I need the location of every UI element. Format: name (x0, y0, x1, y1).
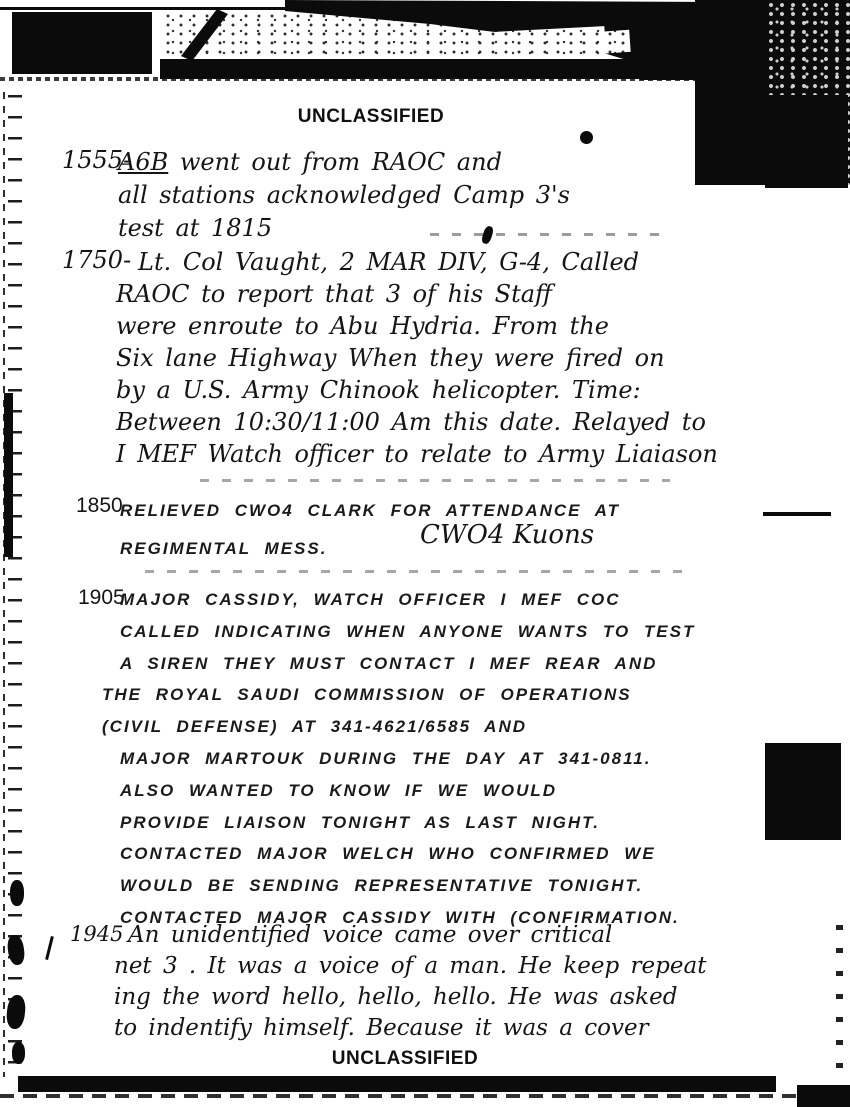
entry-line: (CIVIL DEFENSE) AT 341-4621/6585 AND (102, 711, 695, 743)
entry-line: by a U.S. Army Chinook helicopter. Time: (116, 374, 718, 406)
scan-artifact-right-ticks (836, 925, 843, 1085)
scan-artifact-bottom-bar (18, 1076, 776, 1092)
bleed-through-dashes (200, 479, 670, 482)
entry-line: A SIREN THEY MUST CONTACT I MEF REAR AND (120, 648, 695, 680)
entry-line: ALSO WANTED TO KNOW IF WE WOULD (120, 775, 695, 807)
classification-header-bottom: UNCLASSIFIED (0, 1048, 810, 1070)
bleed-through-dashes (145, 570, 685, 573)
scanned-log-page: UNCLASSIFIED UNCLASSIFIED 1555- A6B went… (0, 0, 850, 1107)
entry-line: test at 1815 (118, 212, 570, 245)
entry-line: MAJOR CASSIDY, WATCH OFFICER I MEF COC (120, 584, 695, 616)
entry-line: MAJOR MARTOUK DURING THE DAY AT 341-0811… (120, 743, 695, 775)
underlined-text: A6B (118, 148, 168, 176)
entry-line: An unidentified voice came over critical (128, 920, 706, 951)
entry-line: RAOC to report that 3 of his Staff (116, 278, 718, 310)
scan-artifact-bottom-right (797, 1085, 850, 1107)
ink-slash-mark (45, 936, 54, 960)
scan-artifact-right-blob (765, 743, 841, 840)
entry-line: Six lane Highway When they were fired on (116, 342, 718, 374)
classification-header-top: UNCLASSIFIED (0, 106, 742, 128)
entry-time: 1850 (76, 494, 123, 518)
entry-line: A6B went out from RAOC and (118, 146, 570, 179)
binder-edge-ticks (2, 92, 24, 1077)
entry-line: net 3 . It was a voice of a man. He keep… (114, 951, 706, 982)
scan-artifact-band-fray (0, 77, 760, 86)
entry-line: Lt. Col Vaught, 2 MAR DIV, G-4, Called (138, 246, 718, 278)
entry-line: all stations acknowledged Camp 3's (118, 179, 570, 212)
entry-line: CONTACTED MAJOR WELCH WHO CONFIRMED WE (120, 838, 695, 870)
entry-line: PROVIDE LIAISON TONIGHT AS LAST NIGHT. (120, 807, 695, 839)
entry-time: 1905 (78, 586, 125, 610)
entry-line: THE ROYAL SAUDI COMMISSION OF OPERATIONS (102, 679, 695, 711)
entry-line: I MEF Watch officer to relate to Army Li… (116, 438, 718, 470)
entry-line: were enroute to Abu Hydria. From the (116, 310, 718, 342)
entry-line: CALLED INDICATING WHEN ANYONE WANTS TO T… (120, 616, 695, 648)
entry-line-text: went out from RAOC and (180, 148, 502, 176)
entry-line: ing the word hello, hello, hello. He was… (114, 982, 706, 1013)
scan-artifact-right-dash (763, 512, 831, 516)
scan-artifact-right-blob (765, 95, 848, 188)
entry-line: Between 10:30/11:00 Am this date. Relaye… (116, 406, 718, 438)
ink-blob (10, 880, 24, 906)
entry-line: WOULD BE SENDING REPRESENTATIVE TONIGHT. (120, 870, 695, 902)
scan-artifact-bottom-fray (0, 1094, 850, 1102)
entry-line: to indentify himself. Because it was a c… (114, 1013, 706, 1044)
scan-noise-top-middle (165, 14, 650, 60)
watch-officer-signature: CWO4 Kuons (420, 520, 594, 550)
scan-artifact-left-bar (4, 393, 13, 557)
ink-dot-mark (580, 131, 593, 144)
